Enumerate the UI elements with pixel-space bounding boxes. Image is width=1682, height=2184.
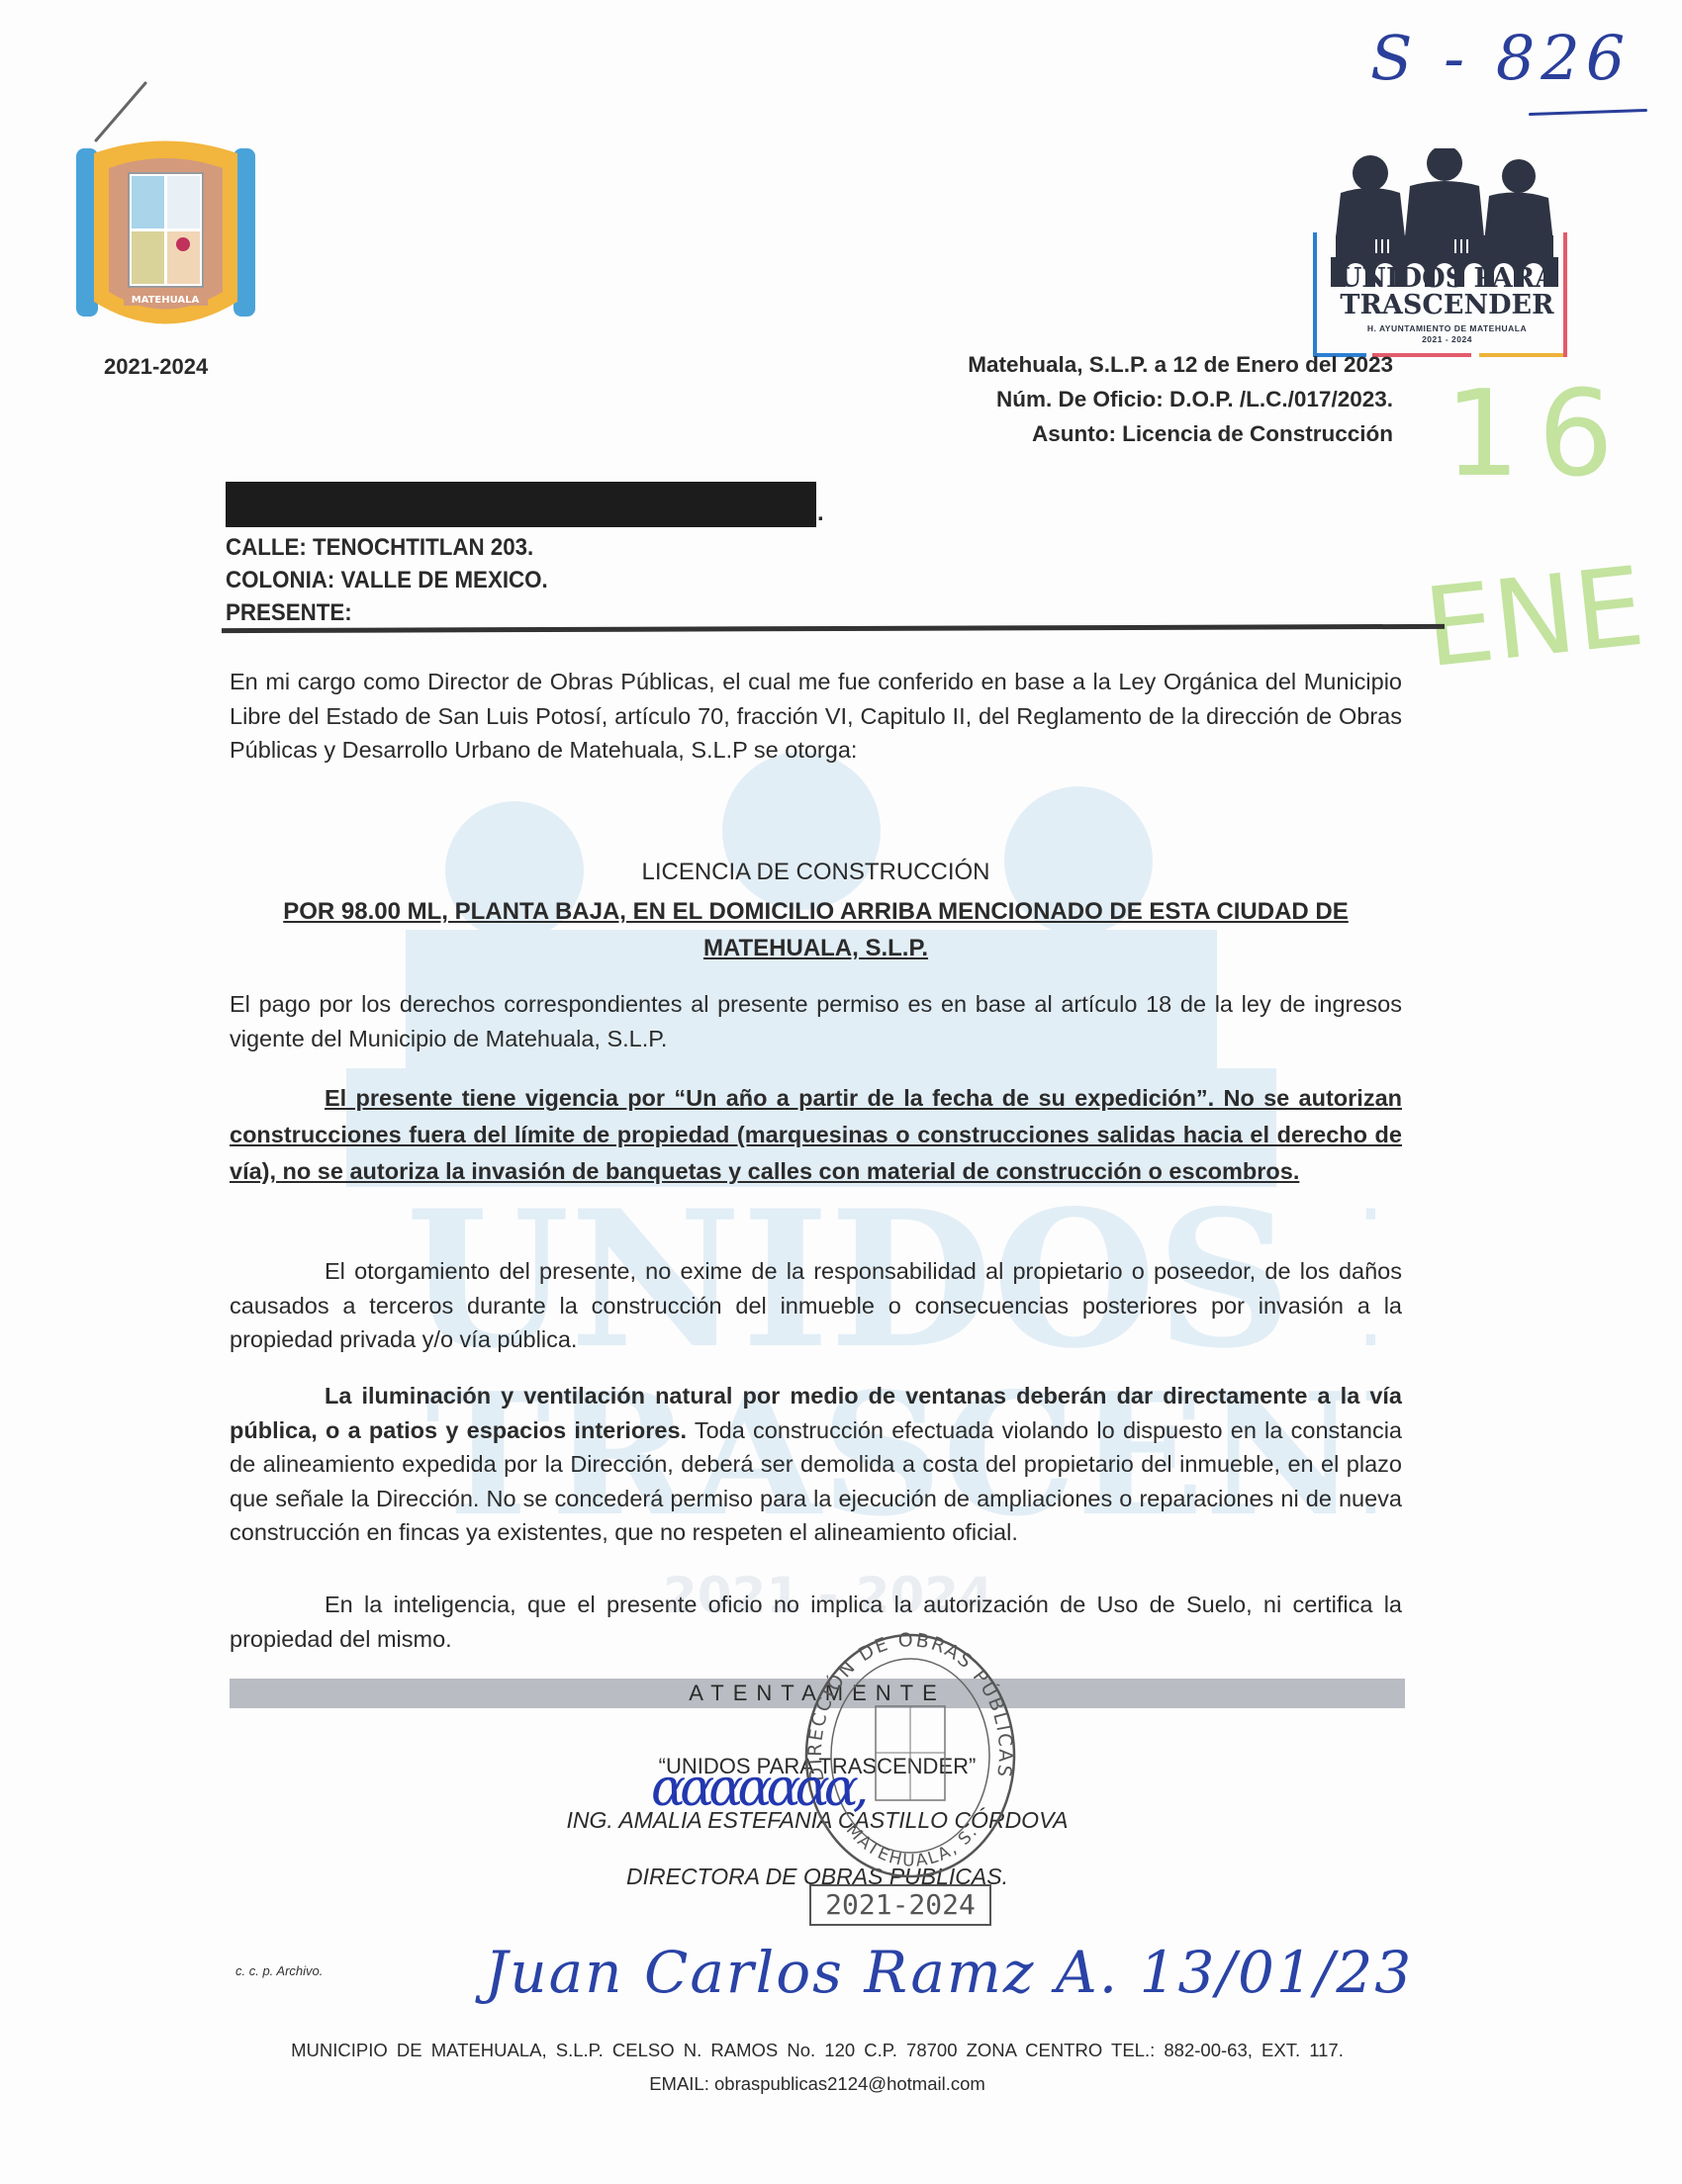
handwritten-reference: S - 826 [1370,22,1631,94]
redacted-recipient-name [226,482,816,527]
header-divider [222,624,1445,633]
subject: Asunto: Licencia de Construcción [1032,421,1393,447]
recipient-colonia: COLONIA: VALLE DE MEXICO. [226,567,548,594]
license-title: LICENCIA DE CONSTRUCCIÓN [230,859,1402,886]
handwritten-receipt: Juan Carlos Ramz A. 13/01/23 [485,1939,1413,2006]
logo-title: UNIDOS PARA TRASCENDER [1336,265,1558,318]
received-day-mark: 16 [1445,366,1632,503]
logo-subtitle: H. AYUNTAMIENTO DE MATEHUALA 2021 - 2024 [1336,323,1558,345]
logo-subtitle-text: H. AYUNTAMIENTO DE MATEHUALA [1336,323,1558,334]
liability-paragraph: El otorgamiento del presente, no exime d… [230,1254,1402,1357]
stamp-year-box: 2021-2024 [809,1884,991,1926]
carbon-copy: c. c. p. Archivo. [235,1963,323,1978]
svg-text:MATEHUALA: MATEHUALA [132,295,200,306]
intro-paragraph: En mi cargo como Director de Obras Públi… [230,665,1402,768]
place-date: Matehuala, S.L.P. a 12 de Enero del 2023 [968,352,1393,378]
logo-title-line1: UNIDOS PARA [1336,265,1558,292]
logo-title-line2: TRASCENDER [1336,292,1558,318]
recipient-street: CALLE: TENOCHTITLAN 203. [226,534,533,562]
validity-text: El presente tiene vigencia por “Un año a… [230,1085,1402,1184]
logo-frame-yellow [1479,353,1563,357]
footer-address: MUNICIPIO DE MATEHUALA, S.L.P. CELSO N. … [230,2040,1405,2061]
oficio-number: Núm. De Oficio: D.O.P. /L.C./017/2023. [996,387,1393,412]
validity-paragraph: El presente tiene vigencia por “Un año a… [230,1080,1402,1190]
lighting-paragraph: La iluminación y ventilación natural por… [230,1379,1402,1550]
director-signature: ααααααα, [651,1759,863,1818]
recipient-presente: PRESENTE: [226,599,352,627]
redaction-period: . [817,500,824,527]
payment-paragraph: El pago por los derechos correspondiente… [230,987,1402,1055]
liability-text: El otorgamiento del presente, no exime d… [230,1258,1402,1352]
crest-years: 2021-2024 [104,354,208,380]
footer-email: EMAIL: obraspublicas2124@hotmail.com [230,2073,1405,2095]
logo-years: 2021 - 2024 [1336,334,1558,345]
logo-frame-red-right [1563,232,1567,357]
municipal-crest-logo: MATEHUALA [74,134,257,341]
handwritten-underline [1529,109,1647,116]
received-month-mark: ENE [1419,543,1649,691]
license-detail: POR 98.00 ML, PLANTA BAJA, EN EL DOMICIL… [230,893,1402,966]
logo-frame-blue [1313,232,1317,356]
